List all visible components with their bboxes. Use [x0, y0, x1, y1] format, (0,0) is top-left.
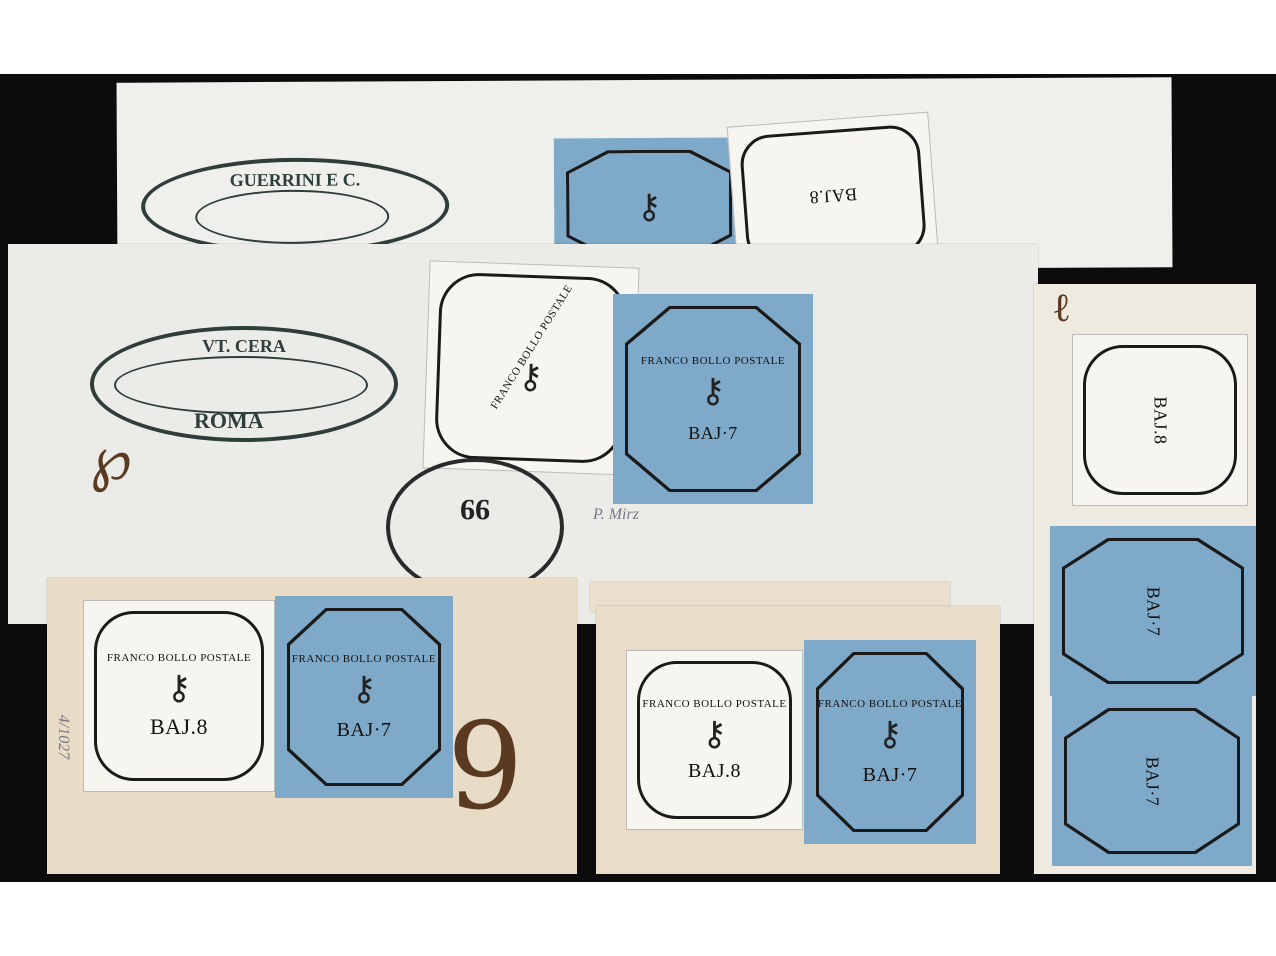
cachet-text-top: VT. CERA	[202, 336, 286, 356]
stamp-value: BAJ·7	[688, 423, 738, 444]
stamp-inscription: FRANCO BOLLO POSTALE	[818, 698, 962, 710]
keys-emblem-icon: ⚷	[702, 718, 727, 752]
cachet-guerrini: GUERRINI E C.	[141, 157, 449, 255]
cachet-inner-ring	[195, 189, 389, 244]
stamp-baj8-white: FRANCO BOLLO POSTALE ⚷ BAJ.8	[626, 650, 803, 830]
postmark-date: 99	[460, 492, 490, 526]
stamp-inscription: FRANCO BOLLO POSTALE	[642, 698, 786, 710]
ink-handwriting: ℘	[90, 424, 132, 494]
fragment-bottom-middle: FRANCO BOLLO POSTALE ⚷ BAJ.8 FRANCO BOLL…	[596, 606, 1000, 874]
stamp-value: BAJ·7	[337, 719, 392, 742]
stamp-baj8-white: BAJ.8	[1072, 334, 1248, 506]
keys-emblem-icon: ⚷	[878, 718, 903, 752]
stamp-value: BAJ·7	[1141, 756, 1162, 806]
keys-emblem-icon: ⚷	[167, 672, 192, 706]
fragment-right: BAJ.8 BAJ·7 BAJ·7 ℓ	[1034, 284, 1256, 874]
stamp-inscription: FRANCO BOLLO POSTALE	[292, 653, 436, 665]
margin-pencil-note: 4/1027	[54, 715, 72, 759]
keys-emblem-icon: ⚷	[352, 673, 377, 707]
stamp-value: BAJ.8	[688, 760, 741, 783]
stamp-baj7-blue: FRANCO BOLLO POSTALE ⚷ BAJ·7	[613, 294, 813, 504]
stamp-baj8-white: FRANCO BOLLO POSTALE ⚷	[422, 260, 639, 475]
stamp-baj7-blue: BAJ·7	[1050, 526, 1256, 696]
pencil-signature: P. Mirz	[593, 506, 639, 524]
stamp-value: BAJ·7	[1142, 586, 1163, 636]
stamp-value: BAJ.8	[150, 714, 208, 740]
cachet-inner-ring	[114, 356, 368, 414]
stamp-baj7-blue: FRANCO BOLLO POSTALE ⚷ BAJ·7	[275, 596, 453, 798]
cachet-roma: VT. CERA ROMA	[90, 326, 398, 442]
stamp-inscription: FRANCO BOLLO POSTALE	[641, 355, 785, 367]
stamp-inscription: FRANCO BOLLO POSTALE	[107, 652, 251, 664]
stamp-baj7-blue: FRANCO BOLLO POSTALE ⚷ BAJ·7	[804, 640, 976, 844]
keys-emblem-icon: ⚷	[518, 361, 544, 396]
cachet-text: GUERRINI E C.	[230, 169, 361, 190]
stamp-baj7-blue: BAJ·7	[1052, 696, 1252, 866]
fragment-middle: VT. CERA ROMA FRANCO BOLLO POSTALE ⚷ FRA…	[8, 244, 1038, 624]
fragment-bottom-left: FRANCO BOLLO POSTALE ⚷ BAJ.8 FRANCO BOLL…	[47, 578, 577, 874]
stamp-value: BAJ·7	[863, 764, 918, 787]
cachet-text-bottom: ROMA	[194, 408, 264, 434]
ink-handwriting: ℓ	[1052, 284, 1071, 331]
stamp-baj8-white: FRANCO BOLLO POSTALE ⚷ BAJ.8	[83, 600, 275, 792]
stamp-value: BAJ.8	[808, 183, 857, 208]
circular-postmark: 99	[386, 458, 564, 596]
ink-handwriting: 9	[447, 698, 523, 837]
keys-emblem-icon: ⚷	[637, 191, 662, 225]
stamp-value: BAJ.8	[1149, 396, 1170, 444]
keys-emblem-icon: ⚷	[701, 375, 726, 409]
